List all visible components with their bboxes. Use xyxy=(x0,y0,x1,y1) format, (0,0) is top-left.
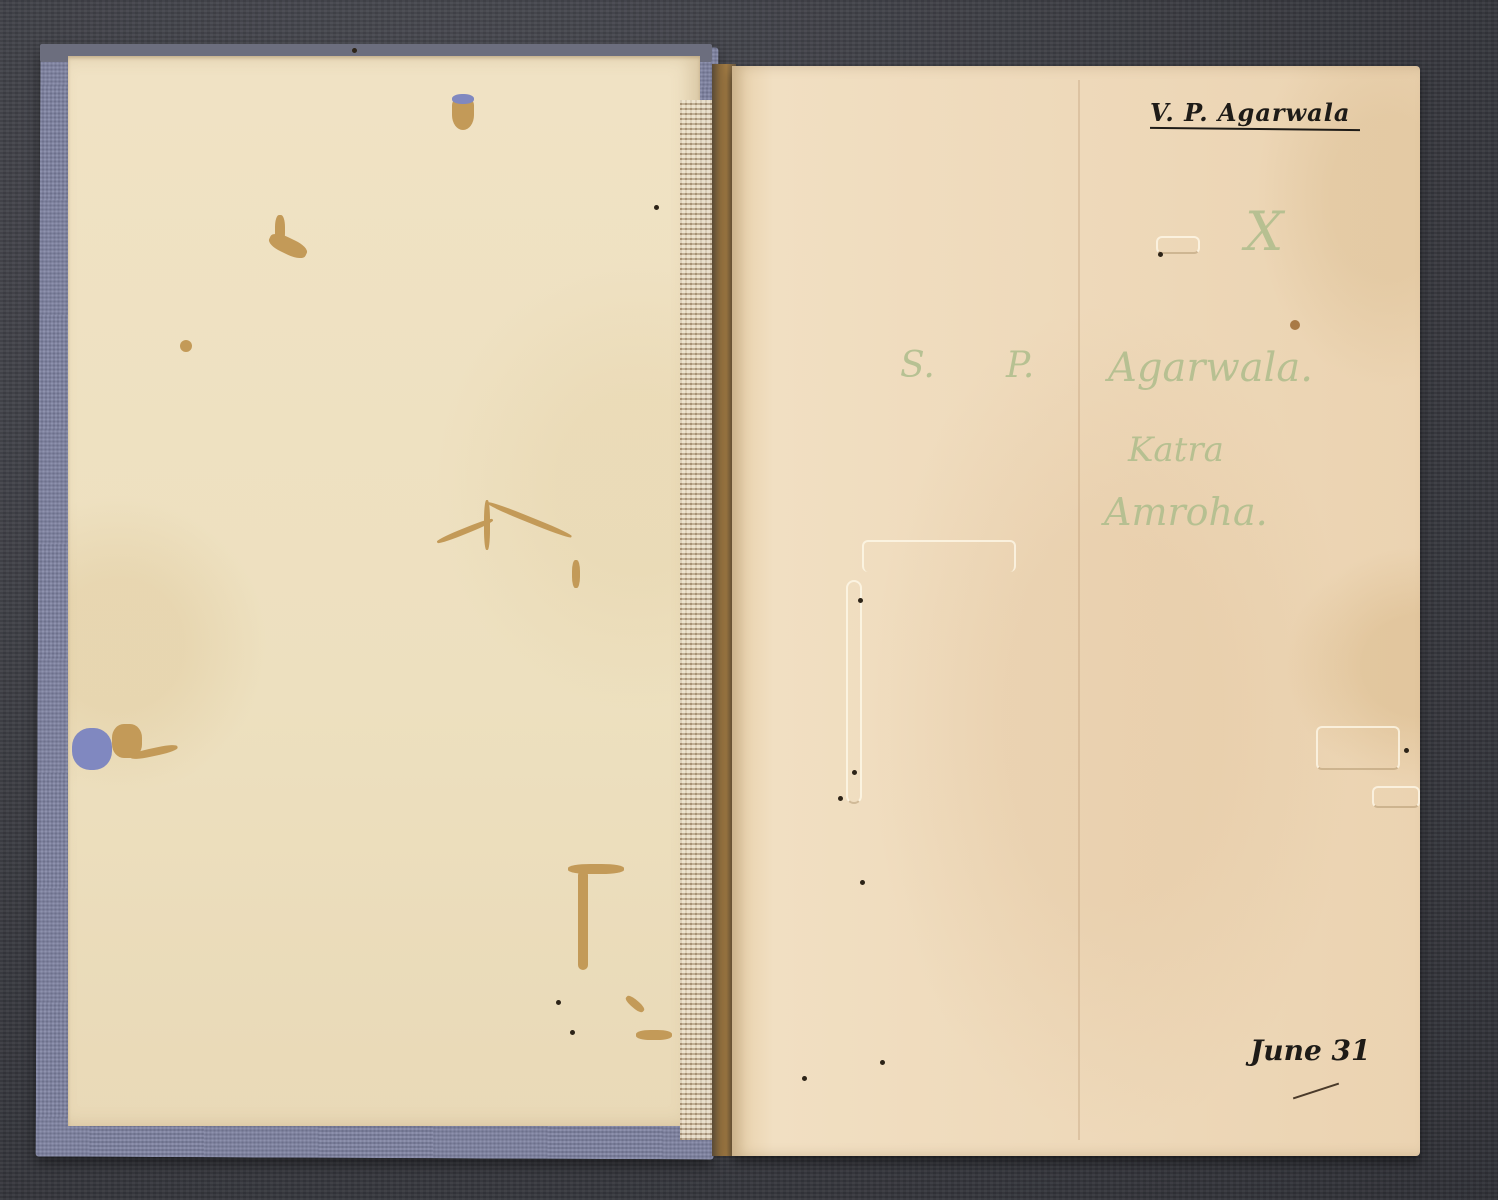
blue-stain xyxy=(72,728,112,770)
worm-hole xyxy=(1290,320,1300,330)
worm-hole-dot xyxy=(352,48,357,53)
owner-signature: V. P. Agarwala xyxy=(1150,98,1350,127)
worm-hole xyxy=(180,340,192,352)
worm-hole xyxy=(572,560,580,588)
worm-hole-dot xyxy=(1404,748,1409,753)
embossed-trail xyxy=(1372,786,1420,808)
worm-hole-dot xyxy=(654,205,659,210)
left-pastedown-page xyxy=(68,56,700,1126)
pencil-x-mark: X xyxy=(1245,200,1283,263)
worm-hole-dot xyxy=(570,1030,575,1035)
worm-hole-dot xyxy=(852,770,857,775)
blue-stain xyxy=(452,94,474,104)
pencil-address-line: Katra xyxy=(1128,430,1224,470)
worm-hole-dot xyxy=(556,1000,561,1005)
worm-hole-dot xyxy=(858,598,863,603)
date-inscription: June 31 xyxy=(1250,1034,1371,1067)
embossed-trail xyxy=(1156,236,1200,254)
pencil-initial-p: P. xyxy=(1006,345,1034,386)
worm-tunnel xyxy=(578,870,588,970)
worm-hole-dot xyxy=(838,796,843,801)
worm-tunnel xyxy=(484,500,490,550)
right-endpaper-page xyxy=(732,66,1420,1156)
worm-hole-dot xyxy=(1158,252,1163,257)
worm-tunnel xyxy=(568,864,624,874)
page-fold-line xyxy=(1078,80,1080,1140)
worm-hole-dot xyxy=(880,1060,885,1065)
worm-hole xyxy=(452,100,474,130)
worm-tunnel xyxy=(636,1030,672,1040)
embossed-trail xyxy=(862,540,1016,572)
pencil-surname: Agarwala. xyxy=(1108,345,1313,391)
worm-hole-dot xyxy=(802,1076,807,1081)
embossed-trail xyxy=(1316,726,1400,770)
pencil-initial-s: S. xyxy=(900,345,935,386)
worm-hole-dot xyxy=(860,880,865,885)
pencil-city-line: Amroha. xyxy=(1104,490,1268,534)
